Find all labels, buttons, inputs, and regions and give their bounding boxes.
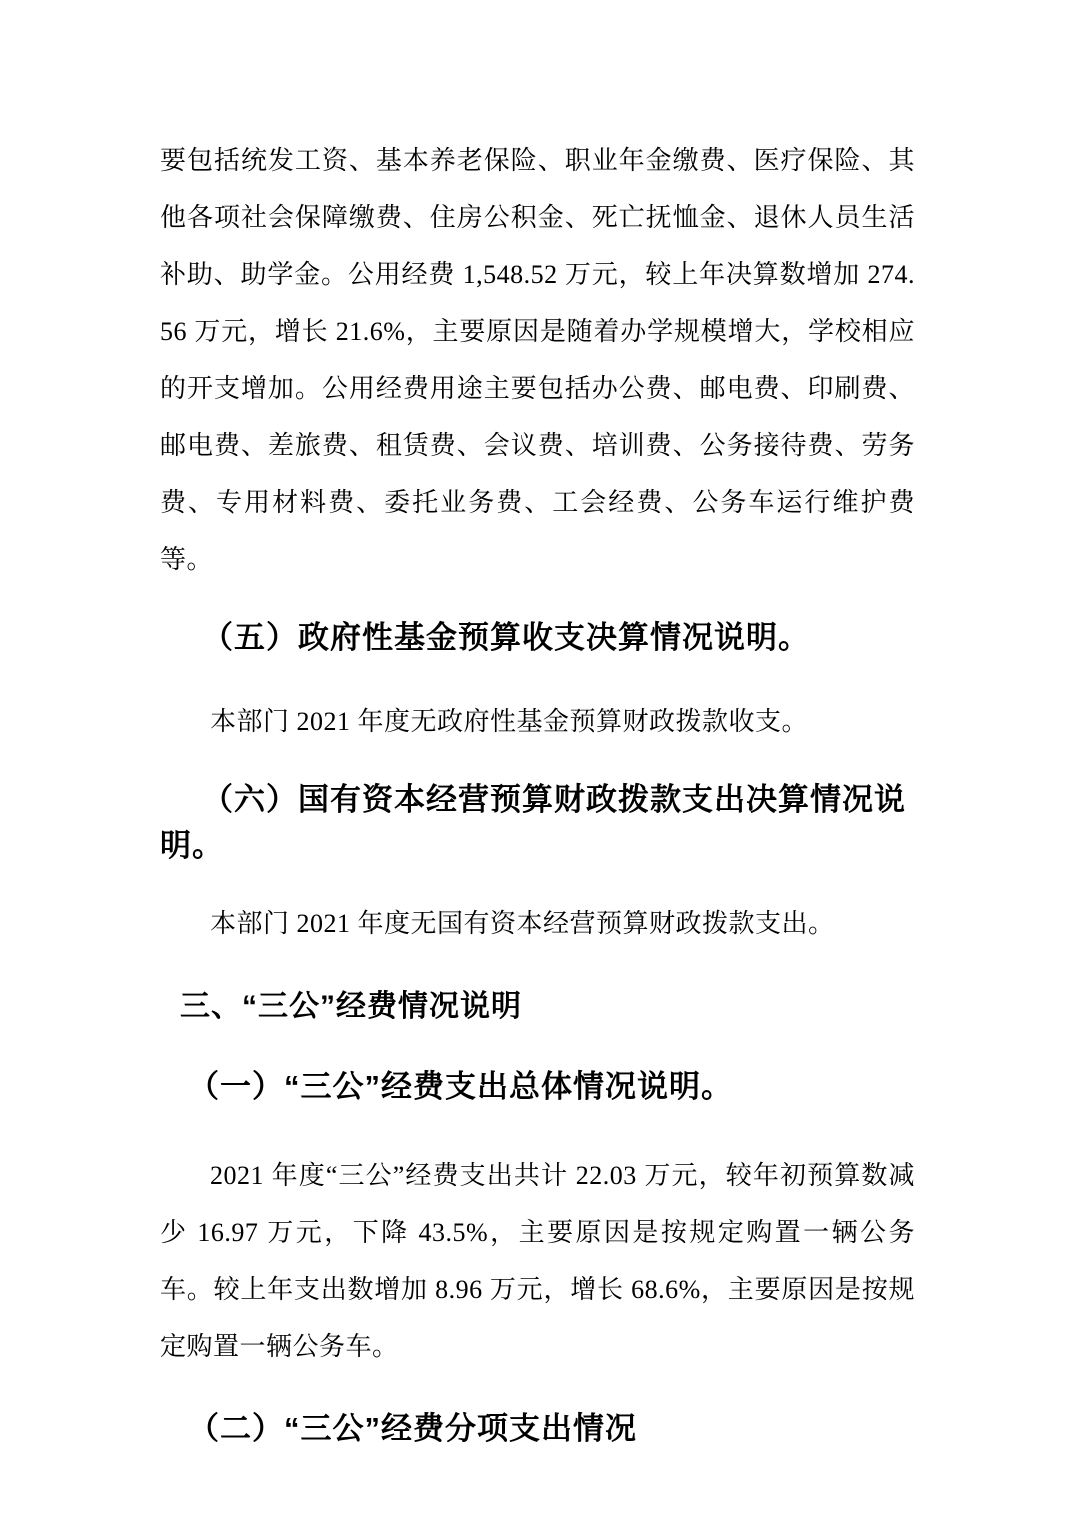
paragraph-no-state-capital: 本部门 2021 年度无国有资本经营预算财政拨款支出。 xyxy=(160,895,915,952)
heading-section-2-itemized-expenditure: （二）“三公”经费分项支出情况 xyxy=(160,1406,915,1452)
heading-section-1-overall-expenditure: （一）“三公”经费支出总体情况说明。 xyxy=(160,1064,915,1110)
paragraph-basic-expenditure-detail: 要包括统发工资、基本养老保险、职业年金缴费、医疗保险、其他各项社会保障缴费、住房… xyxy=(160,132,915,588)
heading-section-5-government-fund-budget: （五）政府性基金预算收支决算情况说明。 xyxy=(160,615,915,661)
document-page: 要包括统发工资、基本养老保险、职业年金缴费、医疗保险、其他各项社会保障缴费、住房… xyxy=(0,0,1075,1520)
heading-section-6-state-capital-budget: （六）国有资本经营预算财政拨款支出决算情况说明。 xyxy=(160,777,915,869)
heading-chapter-3-three-public-expenses: 三、“三公”经费情况说明 xyxy=(160,984,915,1030)
paragraph-three-public-expenditure-detail: 2021 年度“三公”经费支出共计 22.03 万元，较年初预算数减少 16.9… xyxy=(160,1147,915,1375)
paragraph-no-government-fund: 本部门 2021 年度无政府性基金预算财政拨款收支。 xyxy=(160,693,915,750)
